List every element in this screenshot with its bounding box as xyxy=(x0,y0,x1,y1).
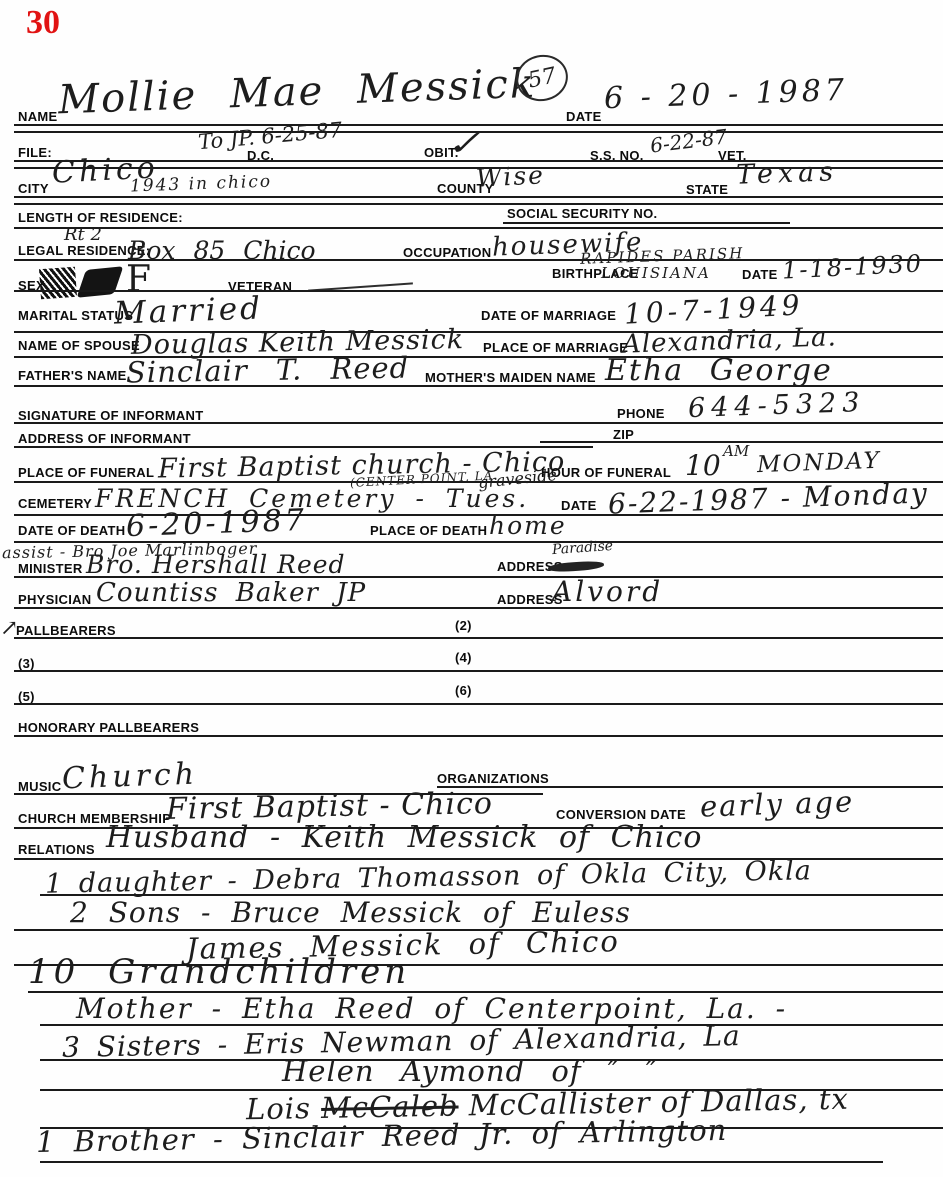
cemetery-label: CEMETERY xyxy=(18,497,92,512)
relation-line-brother: 1 Brother - Sinclair Reed Jr. of Arlingt… xyxy=(36,1116,728,1157)
relations-value: Husband - Keith Messick of Chico xyxy=(106,823,702,853)
pallbearer-4-label: (4) xyxy=(455,651,472,666)
marital-status-value: Married xyxy=(114,293,264,329)
physician-address-value: Alvord xyxy=(552,578,663,606)
social-security-label: SOCIAL SECURITY NO. xyxy=(507,207,657,222)
physician-label: PHYSICIAN xyxy=(18,593,92,608)
city-label: CITY xyxy=(18,182,49,197)
birthplace-line2: LOUISIANA xyxy=(601,266,711,281)
birth-date-value: 1-18-1930 xyxy=(781,251,923,282)
mothers-maiden-name-label: MOTHER'S MAIDEN NAME xyxy=(425,371,596,386)
relation-line-mother: Mother - Etha Reed of Centerpoint, La. - xyxy=(76,995,787,1023)
state-value: Texas xyxy=(736,158,839,189)
funeral-date-value: 6-22-1987 - Monday xyxy=(608,479,930,518)
name-value: Mollie Mae Messick xyxy=(57,64,536,121)
pallbearer-6-label: (6) xyxy=(455,684,472,699)
birth-date-label: DATE xyxy=(742,268,778,283)
residence-note: Rt 2 xyxy=(64,226,102,244)
fathers-name-label: FATHER'S NAME xyxy=(18,369,127,384)
place-of-death-label: PLACE OF DEATH xyxy=(370,524,487,539)
music-value: Church xyxy=(62,760,199,795)
date-of-death-value: 6-20-1987 xyxy=(126,506,308,542)
relation-line-grandchildren: 10 Grandchildren xyxy=(28,955,410,989)
minister-value: Bro. Hershall Reed xyxy=(86,552,346,577)
phone-label: PHONE xyxy=(617,407,665,422)
minister-address-note: Paradise xyxy=(552,539,614,557)
honorary-pallbearers-label: HONORARY PALLBEARERS xyxy=(18,721,199,736)
relation-line-sister2: Helen Aymond of ″ ″ xyxy=(282,1057,658,1086)
scanned-form-page: 30 NAME Mollie Mae Messick 57 DATE 6 - 2… xyxy=(0,0,943,1177)
date-of-death-label: DATE OF DEATH xyxy=(18,524,125,539)
sex-scribble-blob xyxy=(77,266,124,298)
age-value: 57 xyxy=(526,63,559,93)
conversion-date-value: early age xyxy=(700,787,855,821)
mothers-maiden-name-value: Etha George xyxy=(605,356,833,386)
hour-of-funeral-label: HOUR OF FUNERAL xyxy=(541,466,671,481)
place-of-funeral-label: PLACE OF FUNERAL xyxy=(18,466,154,481)
sex-scribble-hatch xyxy=(39,267,77,299)
name-label: NAME xyxy=(18,110,57,125)
phone-value: 644-5323 xyxy=(688,389,866,422)
hour-of-funeral-day: MONDAY xyxy=(757,450,882,477)
date-of-marriage-value: 10-7-1949 xyxy=(623,291,804,328)
sex-value: F xyxy=(126,262,151,298)
name-of-spouse-label: NAME OF SPOUSE xyxy=(18,339,140,354)
file-label: FILE: xyxy=(18,146,52,161)
physician-value: Countiss Baker JP xyxy=(96,580,366,606)
minister-label: MINISTER xyxy=(18,562,83,577)
date-value: 6 - 20 - 1987 xyxy=(604,76,849,114)
city-note: 1943 in chico xyxy=(130,174,273,196)
relation-line-sons: 2 Sons - Bruce Messick of Euless xyxy=(70,899,631,927)
hour-of-funeral-meridiem: AM xyxy=(723,444,749,459)
address-of-informant-label: ADDRESS OF INFORMANT xyxy=(18,432,191,447)
place-of-death-value: home xyxy=(489,513,567,538)
date-label: DATE xyxy=(566,110,602,125)
relations-label: RELATIONS xyxy=(18,843,95,858)
relation-line-daughter: 1 daughter - Debra Thomasson of Okla Cit… xyxy=(45,857,812,897)
page-number: 30 xyxy=(26,6,60,40)
county-value: Wise xyxy=(475,162,545,191)
fathers-name-value: Sinclair T. Reed xyxy=(126,354,410,388)
organizations-label: ORGANIZATIONS xyxy=(437,772,549,787)
date-of-marriage-label: DATE OF MARRIAGE xyxy=(481,309,616,324)
obit-checkmark: ✓ xyxy=(441,126,486,162)
hour-of-funeral-time: 10 xyxy=(685,452,721,480)
pallbearer-2-label: (2) xyxy=(455,619,472,634)
